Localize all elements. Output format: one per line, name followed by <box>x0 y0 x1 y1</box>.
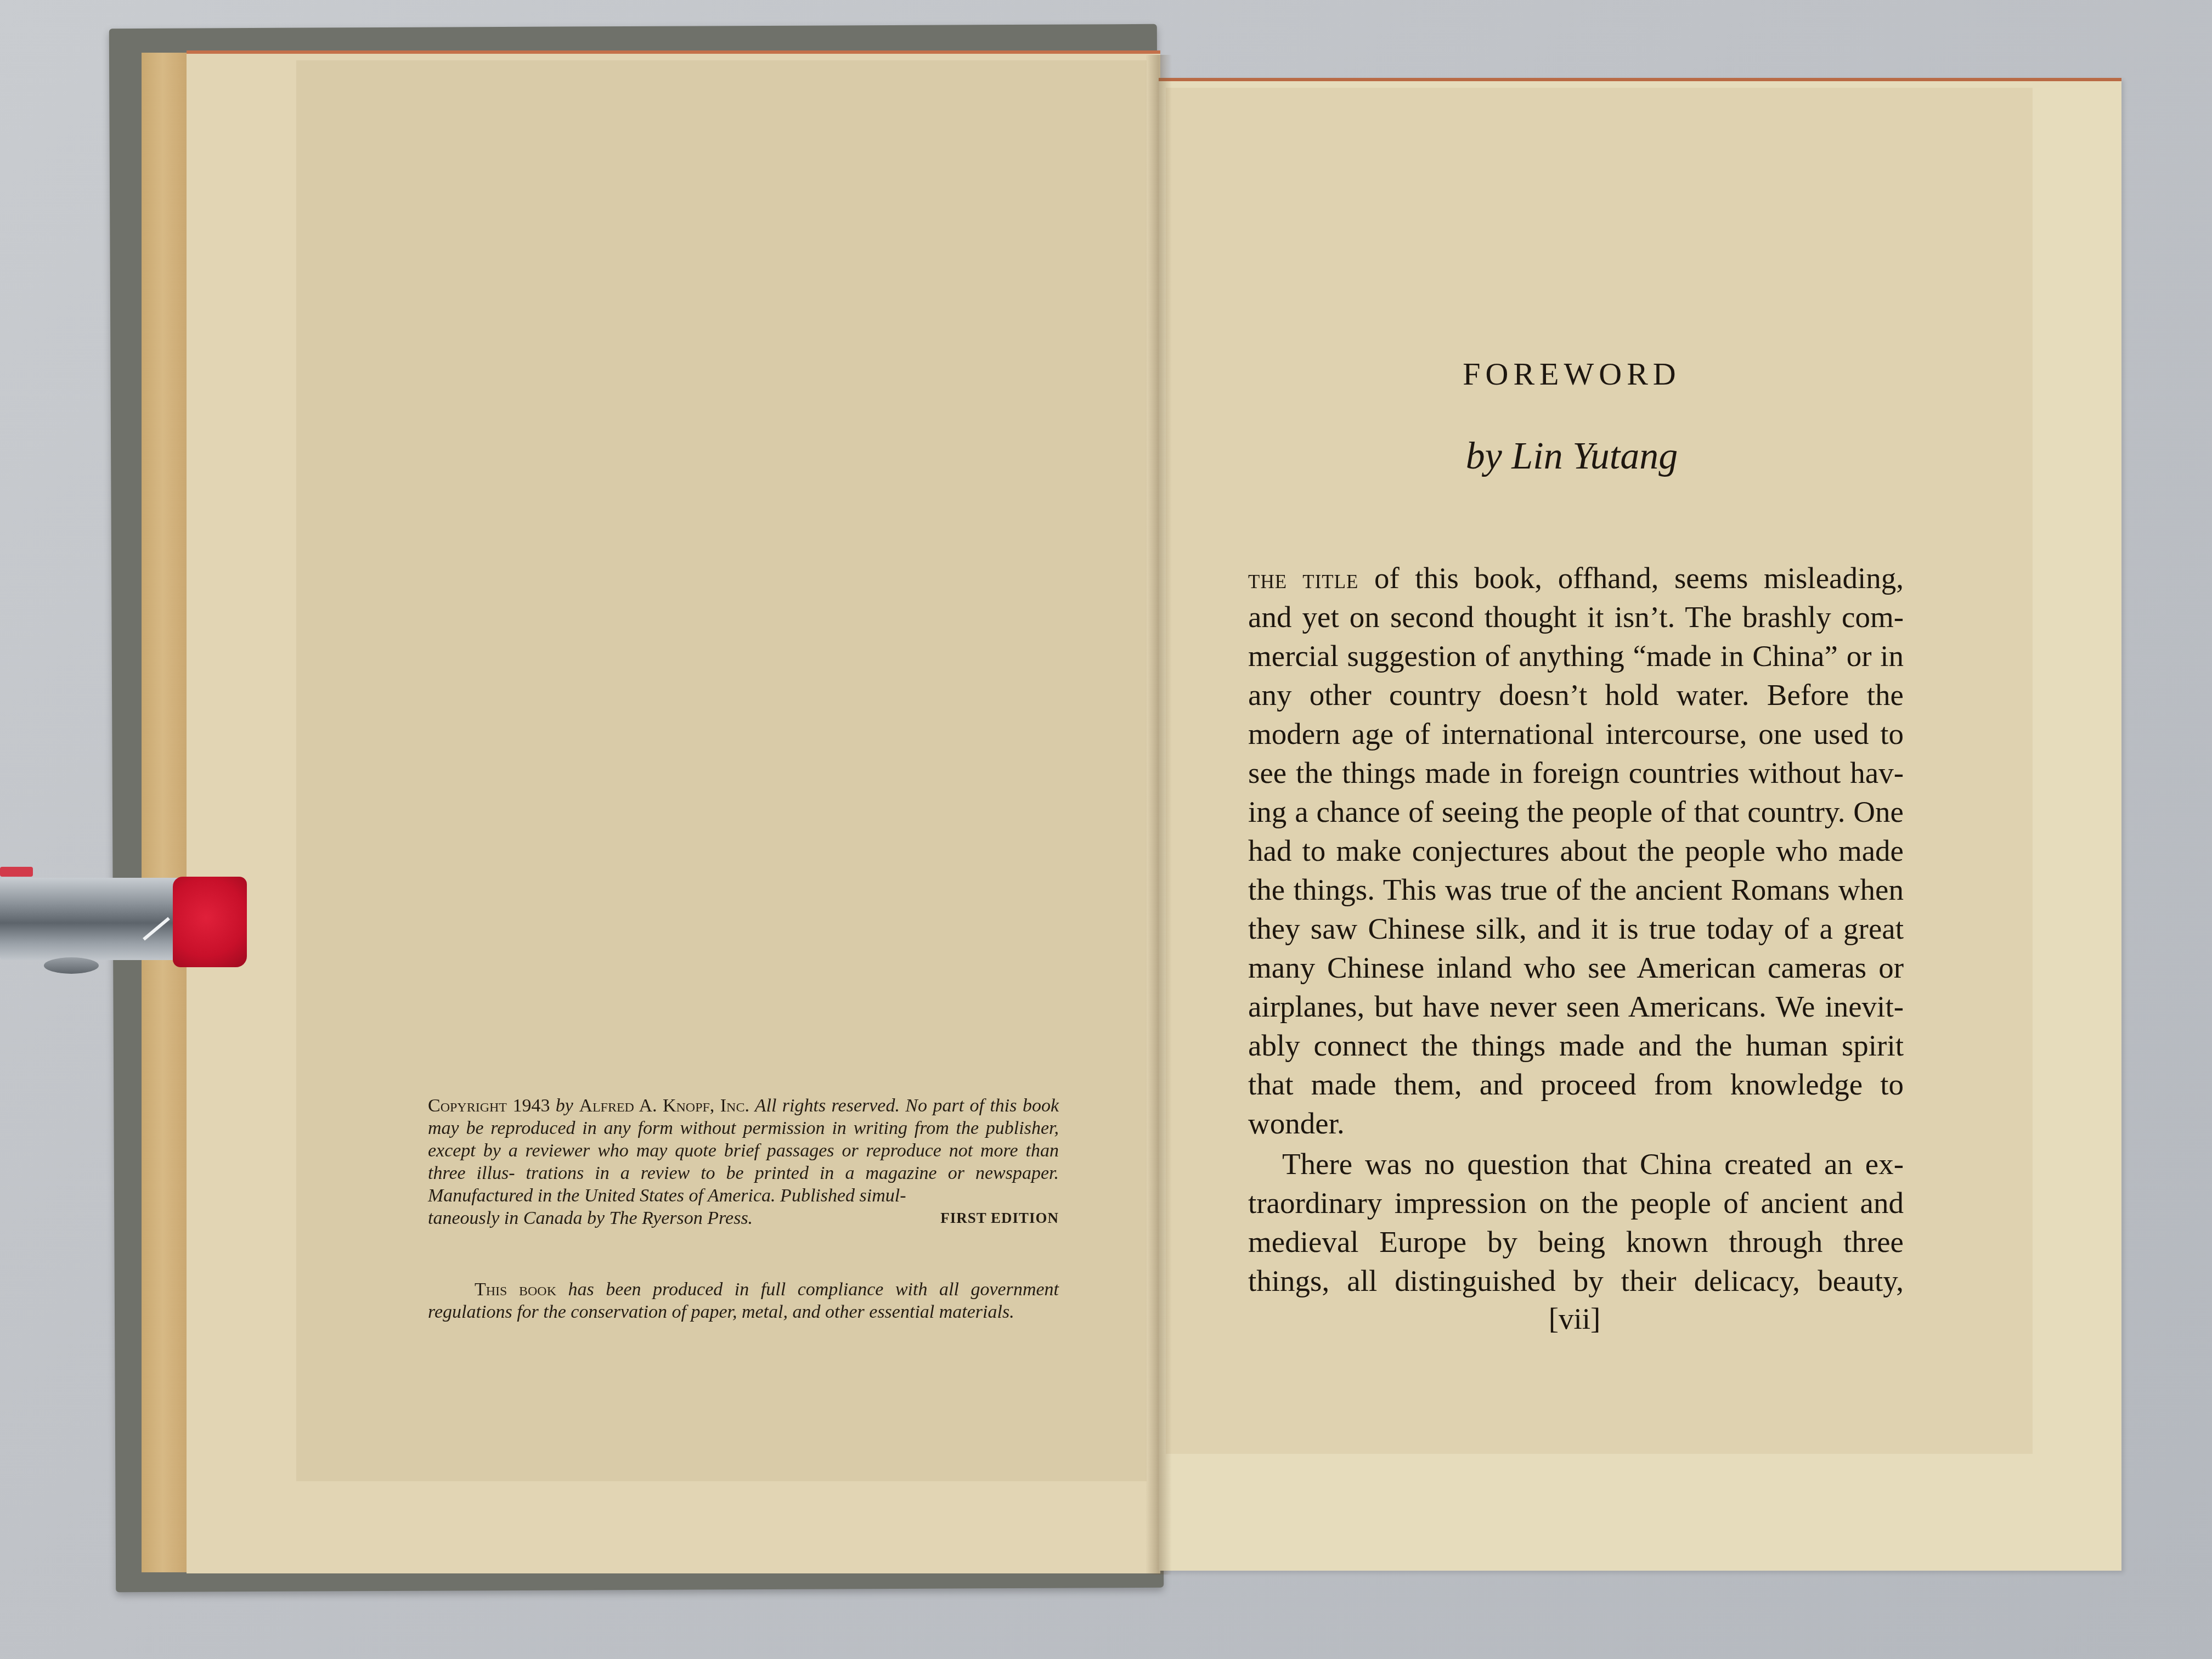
foreword-paragraph-2: There was no question that China created… <box>1248 1144 1904 1300</box>
edition-label: FIRST EDITION <box>940 1207 1059 1229</box>
metal-spring-clip <box>0 878 181 960</box>
text-line: ably connect the things made and the hum… <box>1248 1026 1904 1065</box>
text-line: medieval Europe by being known through t… <box>1248 1222 1904 1261</box>
text-line: traordinary impression on the people of … <box>1248 1183 1904 1222</box>
text-line: that made them, and proceed from knowled… <box>1248 1065 1904 1104</box>
foreword-paragraph-1: THE TITLE of this book, offhand, seems m… <box>1248 558 1904 1143</box>
foreword-author-byline: by Lin Yutang <box>1344 435 1799 478</box>
spine-gutter-shadow <box>1145 55 1172 1575</box>
text-line: had to make conjectures about the people… <box>1248 831 1904 870</box>
copyright-notice: Copyright 1943 by Alfred A. Knopf, Inc. … <box>428 1094 1059 1229</box>
text-line: modern age of international intercourse,… <box>1248 714 1904 753</box>
clip-upper-jaw <box>0 867 33 877</box>
clip-red-tip <box>173 877 247 967</box>
show-through-ghost-text <box>384 208 1097 812</box>
copyright-line: taneously in Canada by The Ryerson Press… <box>428 1207 753 1229</box>
copyright-line: trations in a review to be printed in a … <box>526 1163 1059 1183</box>
text-line: the things. This was true of the ancient… <box>1248 870 1904 909</box>
foreword-heading: FOREWORD <box>1344 356 1799 392</box>
wartime-compliance-notice: This book has been produced in full comp… <box>428 1278 1059 1323</box>
copyright-publisher: Alfred A. Knopf, Inc. <box>579 1096 749 1116</box>
compliance-line: has been produced in full compliance wit… <box>568 1279 959 1300</box>
paragraph-lead-smallcaps: THE TITLE <box>1248 563 1358 594</box>
copyright-year: 1943 <box>512 1096 550 1116</box>
copyright-line: Manufactured in the United States of Ame… <box>428 1186 906 1206</box>
compliance-lead: This book <box>475 1279 556 1300</box>
copyright-by: by <box>556 1096 573 1116</box>
text-line: see the things made in foreign countries… <box>1248 753 1904 792</box>
compliance-line: other essential materials. <box>825 1302 1014 1322</box>
page-number: [vii] <box>1520 1301 1629 1336</box>
copyright-lead: Copyright <box>428 1096 507 1116</box>
text-line: many Chinese inland who see American cam… <box>1248 948 1904 987</box>
text-line: they saw Chinese silk, and it is true to… <box>1248 909 1904 948</box>
copyright-line: All rights reserved. <box>755 1096 900 1116</box>
text-line: There was no question that China created… <box>1248 1144 1904 1183</box>
clip-rivet <box>44 957 99 974</box>
text-line: any other country doesn’t hold water. Be… <box>1248 675 1904 714</box>
text-line: airplanes, but have never seen Americans… <box>1248 987 1904 1026</box>
text-line: wonder. <box>1248 1104 1904 1143</box>
text-line: and yet on second thought it isn’t. The … <box>1248 597 1904 636</box>
text-line: things, all distinguished by their delic… <box>1248 1261 1904 1300</box>
text-line: mercial suggestion of anything “made in … <box>1248 636 1904 675</box>
text-line: ing a chance of seeing the people of tha… <box>1248 792 1904 831</box>
text-line: of this book, offhand, seems misleading, <box>1374 561 1904 595</box>
